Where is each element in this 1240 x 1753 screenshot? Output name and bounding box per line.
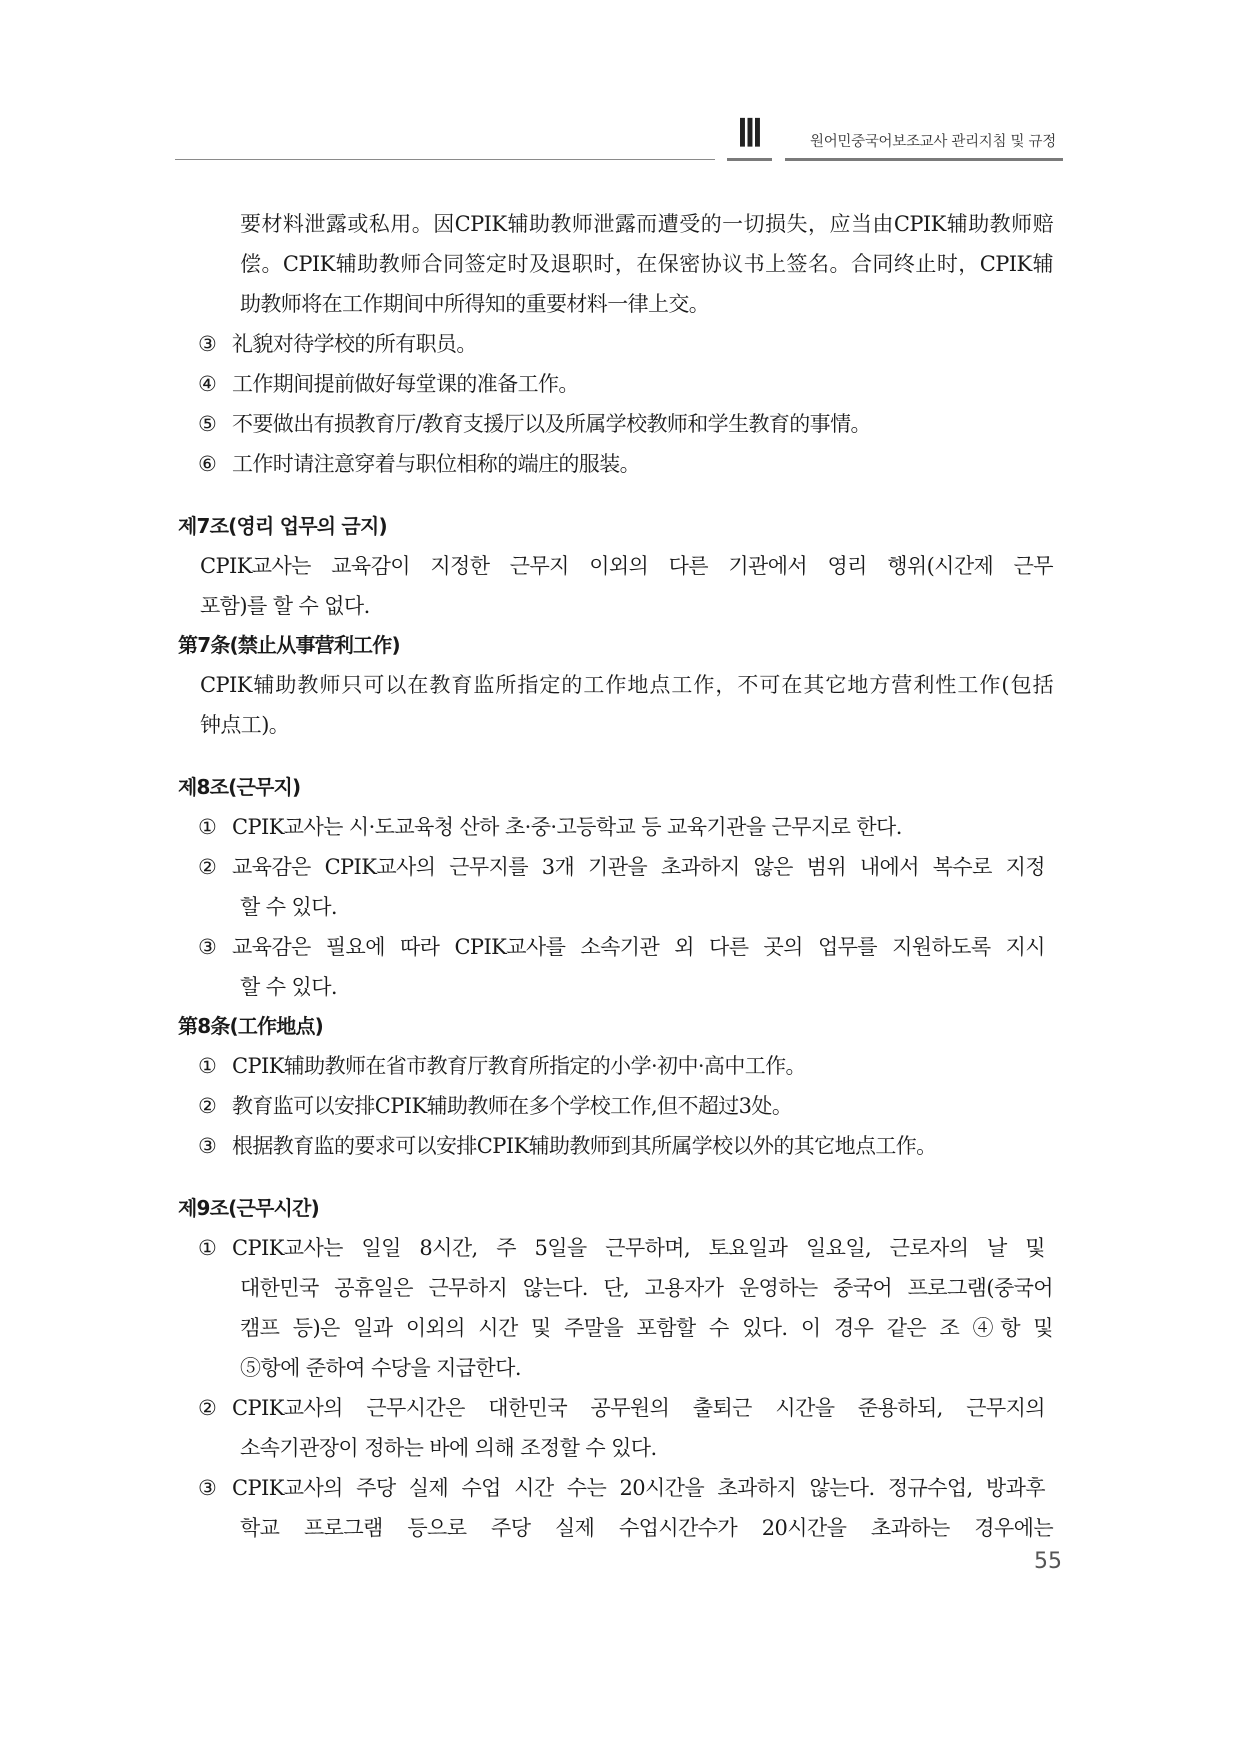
chapter-underline [727,158,772,161]
article-heading: 제7조(영리 업무의 금지) [178,512,387,540]
item-number: ① [198,813,232,841]
text-line: 학교 프로그램 등으로 주당 실제 수업시간수가 20시간을 초과하는 경우에는 [240,1514,1053,1542]
header-rule-right [785,158,1063,161]
text-line: 要材料泄露或私用。因CPIK辅助教师泄露而遭受的一切损失，应当由CPIK辅助教师… [240,210,1053,238]
item-number: ③ [198,330,232,358]
item-number: ② [198,1394,232,1422]
chapter-number: Ⅲ [726,114,772,154]
item-number: ① [198,1052,232,1080]
text-line: 助教师将在工作期间中所得知的重要材料一律上交。 [240,290,709,318]
item-number: ① [198,1234,232,1262]
text-line: 캠프 등)은 일과 이외의 시간 및 주말을 포함할 수 있다. 이 경우 같은… [240,1314,1053,1342]
text-line: ⑤항에 준하여 수당을 지급한다. [240,1354,521,1382]
text-line: 포함)를 할 수 없다. [200,592,370,620]
text-line: 할 수 있다. [240,973,337,1001]
text-line: CPIK교사는 교육감이 지정한 근무지 이외의 다른 기관에서 영리 행위(시… [200,552,1053,580]
text-line: 偿。CPIK辅助教师合同签定时及退职时，在保密协议书上签名。合同终止时，CPIK… [240,250,1053,278]
header-rule-left [175,159,715,160]
list-item: ①CPIK辅助教师在省市教育厅教育所指定的小学·初中·高中工作。 [198,1052,806,1080]
item-number: ④ [198,370,232,398]
text-line: CPIK辅助教师只可以在教育监所指定的工作地点工作，不可在其它地方营利性工作(包… [200,671,1053,699]
article-heading: 第7条(禁止从事营利工作) [178,631,400,659]
running-header-title: 원어민중국어보조교사 관리지침 및 규정 [810,130,1056,151]
text-line: 대한민국 공휴일은 근무하지 않는다. 단, 고용자가 운영하는 중국어 프로그… [240,1274,1053,1302]
list-item: ②教育监可以安排CPIK辅助教师在多个学校工作,但不超过3处。 [198,1092,792,1120]
list-item: ③礼貌对待学校的所有职员。 [198,330,477,358]
text-line: 소속기관장이 정하는 바에 의해 조정할 수 있다. [240,1434,657,1462]
article-heading: 제8조(근무지) [178,773,300,801]
list-item: ③교육감은 필요에 따라 CPIK교사를 소속기관 외 다른 곳의 업무를 지원… [198,933,1053,961]
list-item: ②교육감은 CPIK교사의 근무지를 3개 기관을 초과하지 않은 범위 내에서… [198,853,1053,881]
article-heading: 제9조(근무시간) [178,1194,319,1222]
list-item: ⑤不要做出有损教育厅/教育支援厅以及所属学校教师和学生教育的事情。 [198,410,871,438]
text-line: 钟点工)。 [200,711,289,739]
list-item: ①CPIK교사는 일일 8시간, 주 5일을 근무하며, 토요일과 일요일, 근… [198,1234,1053,1262]
page-number: 55 [1034,1549,1062,1574]
item-number: ② [198,853,232,881]
list-item: ①CPIK교사는 시·도교육청 산하 초·중·고등학교 등 교육기관을 근무지로… [198,813,902,841]
item-number: ⑥ [198,450,232,478]
list-item: ③根据教育监的要求可以安排CPIK辅助教师到其所属学校以外的其它地点工作。 [198,1132,937,1160]
article-heading: 第8条(工作地点) [178,1012,323,1040]
list-item: ④工作期间提前做好每堂课的准备工作。 [198,370,579,398]
item-number: ③ [198,933,232,961]
item-number: ③ [198,1474,232,1502]
list-item: ③CPIK교사의 주당 실제 수업 시간 수는 20시간을 초과하지 않는다. … [198,1474,1053,1502]
text-line: 할 수 있다. [240,893,337,921]
item-number: ③ [198,1132,232,1160]
list-item: ②CPIK교사의 근무시간은 대한민국 공무원의 출퇴근 시간을 준용하되, 근… [198,1394,1053,1422]
list-item: ⑥工作时请注意穿着与职位相称的端庄的服装。 [198,450,640,478]
item-number: ⑤ [198,410,232,438]
item-number: ② [198,1092,232,1120]
